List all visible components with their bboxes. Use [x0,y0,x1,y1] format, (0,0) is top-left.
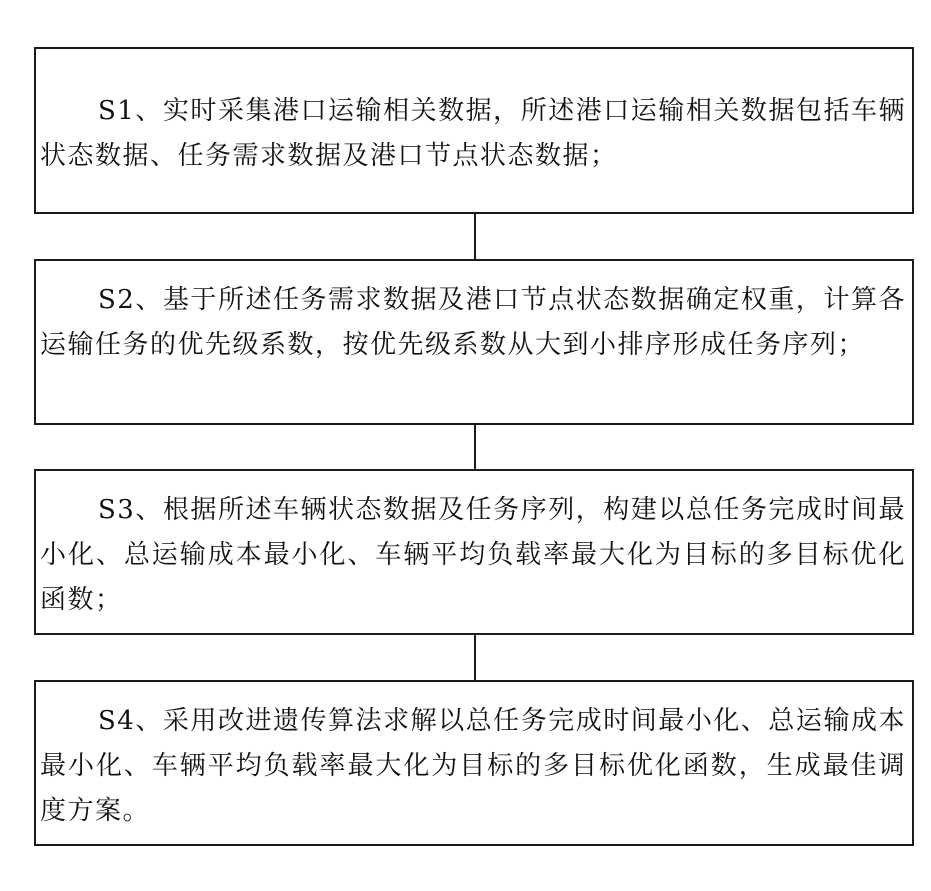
step-text-s3: S3、根据所述车辆状态数据及任务序列，构建以总任务完成时间最小化、总运输成本最小… [40,488,906,623]
step-box-s1: S1、实时采集港口运输相关数据，所述港口运输相关数据包括车辆状态数据、任务需求数… [34,47,914,214]
step-box-s4: S4、采用改进遗传算法求解以总任务完成时间最小化、总运输成本最小化、车辆平均负载… [34,680,914,846]
step-text-s1: S1、实时采集港口运输相关数据，所述港口运输相关数据包括车辆状态数据、任务需求数… [40,89,906,179]
step-box-s3: S3、根据所述车辆状态数据及任务序列，构建以总任务完成时间最小化、总运输成本最小… [34,469,914,635]
connector-s2-s3 [474,425,476,469]
step-text-s4: S4、采用改进遗传算法求解以总任务完成时间最小化、总运输成本最小化、车辆平均负载… [40,699,906,834]
connector-s1-s2 [474,214,476,259]
step-box-s2: S2、基于所述任务需求数据及港口节点状态数据确定权重，计算各运输任务的优先级系数… [34,259,914,425]
connector-s3-s4 [474,635,476,680]
step-text-s2: S2、基于所述任务需求数据及港口节点状态数据确定权重，计算各运输任务的优先级系数… [40,278,906,368]
